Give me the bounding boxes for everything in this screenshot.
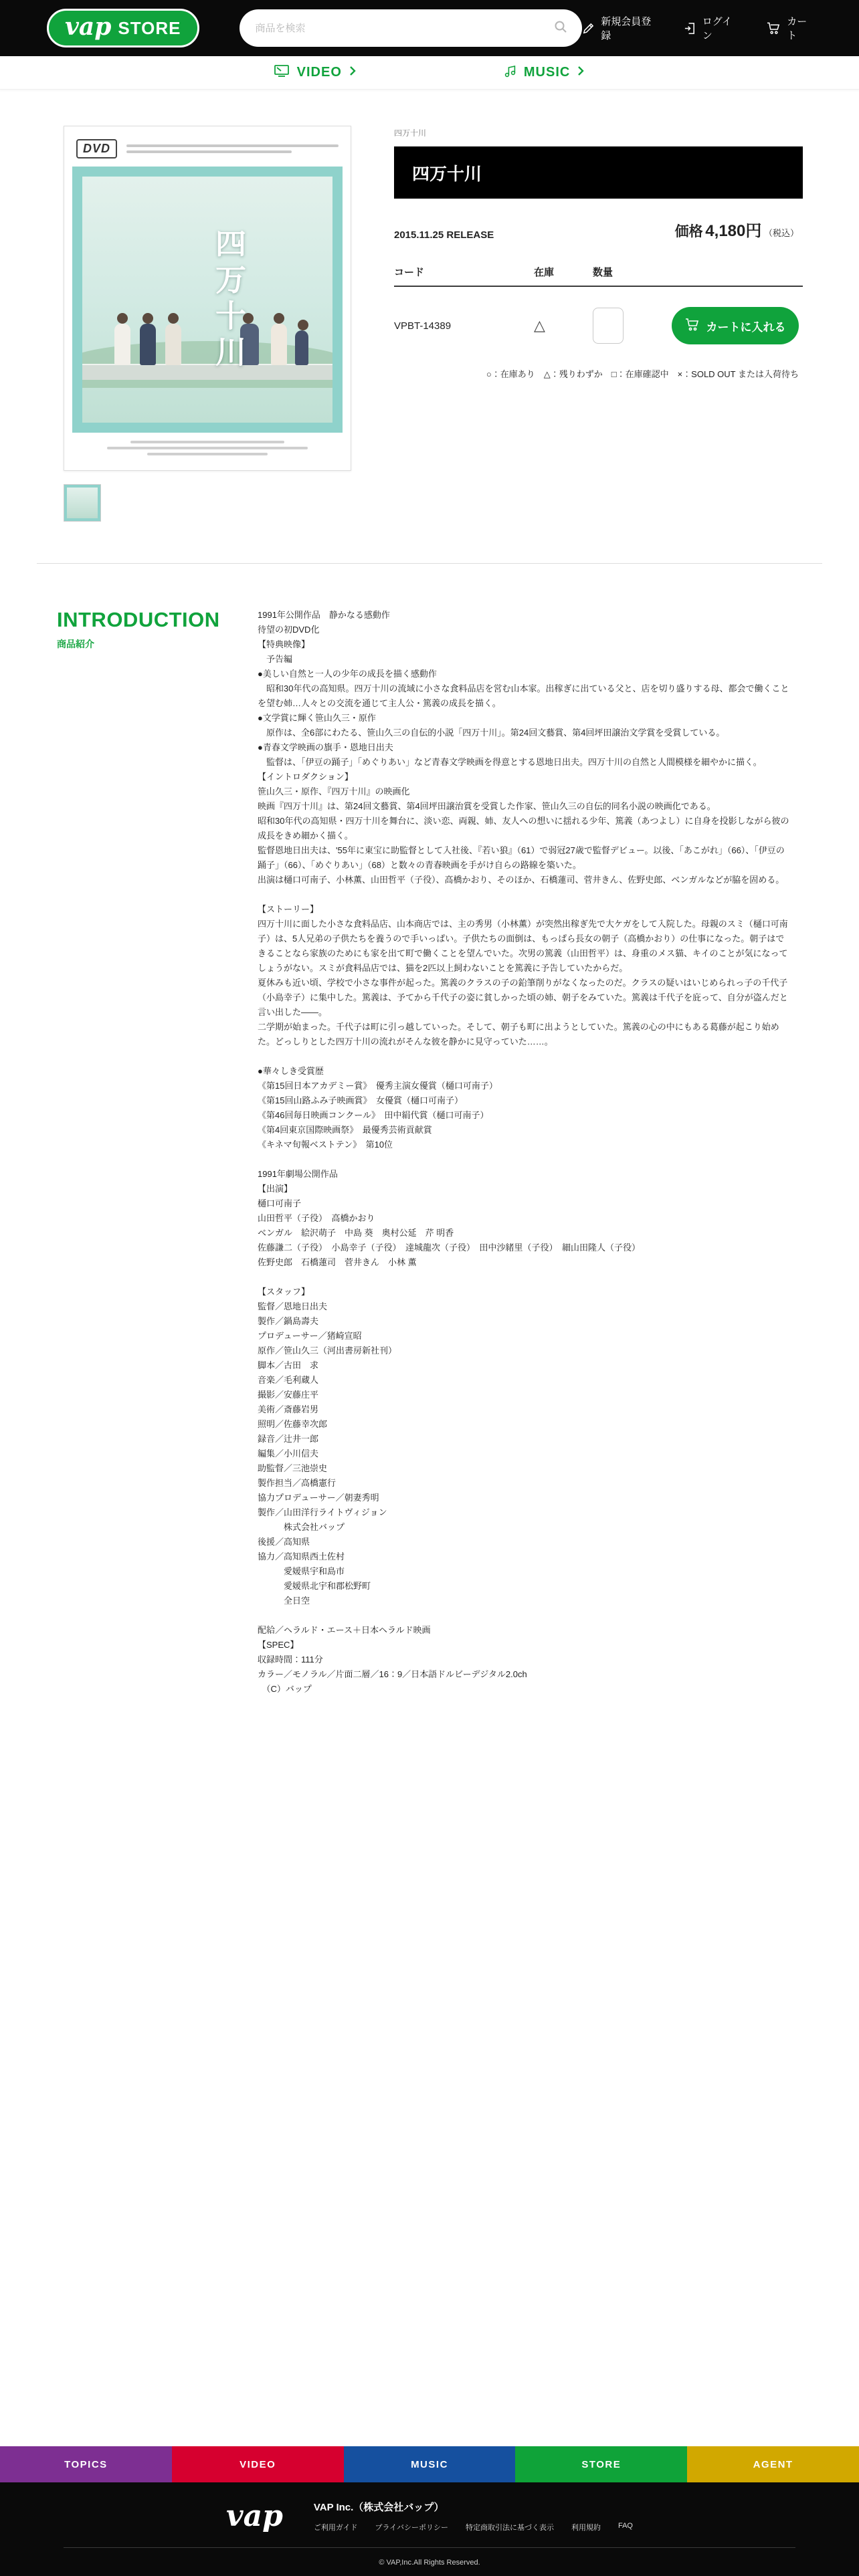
footer-nav-store[interactable]: STORE [515, 2446, 687, 2482]
vap-store-logo[interactable]: vap STORE [47, 9, 199, 47]
nav-video-label: VIDEO [297, 65, 342, 80]
cart-icon [685, 318, 700, 334]
product-code: VPBT-14389 [394, 320, 534, 332]
stock-status: △ [534, 317, 593, 334]
cover-credits-lines [126, 144, 339, 153]
cover-figure [165, 324, 181, 365]
page: vap STORE 新規会員登録 [0, 0, 859, 2576]
search-bar[interactable] [240, 9, 583, 47]
site-footer: vap VAP Inc.（株式会社バップ） ご利用ガイド プライバシーポリシー … [0, 2482, 859, 2576]
add-to-cart-button[interactable]: カートに入れる [672, 307, 799, 344]
footer-info: VAP Inc.（株式会社バップ） ご利用ガイド プライバシーポリシー 特定商取… [314, 2500, 633, 2533]
release-price-row: 2015.11.25 RELEASE 価格 4,180円 （税込） [394, 217, 803, 241]
introduction-label: INTRODUCTION 商品紹介 [57, 608, 258, 1697]
chevron-right-icon [349, 65, 357, 80]
company-name: VAP Inc.（株式会社バップ） [314, 2500, 633, 2514]
cover-figure [114, 324, 130, 365]
nav-music[interactable]: MUSIC [504, 64, 585, 82]
cover-photo: 四万十川 [72, 167, 343, 433]
cover-bottom-band [72, 433, 343, 463]
product-section: DVD 四万十川 [0, 90, 859, 522]
quantity-input[interactable] [593, 308, 624, 344]
purchase-table-row: VPBT-14389 △ カートに入れる [394, 287, 803, 354]
spacer [0, 1697, 859, 2446]
cover-title-vertical: 四万十川 [207, 227, 251, 372]
cart-label: カート [787, 14, 811, 42]
store-logo-text: STORE [118, 18, 181, 39]
nav-video[interactable]: VIDEO [274, 64, 357, 82]
col-stock: 在庫 [534, 265, 593, 279]
search-icon[interactable] [554, 20, 567, 37]
footer-nav-music[interactable]: MUSIC [344, 2446, 516, 2482]
introduction-section: INTRODUCTION 商品紹介 1991年公開作品 静かなる感動作 待望の初… [0, 564, 859, 1697]
cover-figure [140, 324, 156, 365]
vap-logo-text: vap [65, 15, 111, 39]
site-header: vap STORE 新規会員登録 [0, 0, 859, 56]
add-to-cart-label: カートに入れる [706, 318, 786, 334]
footer-link-faq[interactable]: FAQ [618, 2522, 633, 2533]
product-cover-image[interactable]: DVD 四万十川 [64, 126, 351, 471]
vap-footer-logo[interactable]: vap [226, 2502, 283, 2531]
footer-nav-video[interactable]: VIDEO [172, 2446, 344, 2482]
login-label: ログイン [702, 14, 735, 42]
search-input[interactable] [254, 22, 555, 35]
nav-music-label: MUSIC [524, 65, 570, 80]
price: 価格 4,180円 （税込） [675, 217, 799, 241]
register-link[interactable]: 新規会員登録 [582, 14, 651, 42]
product-description: 1991年公開作品 静かなる感動作 待望の初DVD化 【特典映像】 予告編 ●美… [258, 608, 793, 1697]
cover-figure [295, 330, 308, 365]
footer-link-terms[interactable]: 利用規約 [571, 2522, 601, 2533]
header-links: 新規会員登録 ログイン カート [582, 14, 811, 42]
cover-figure [271, 324, 287, 365]
category-nav: VIDEO MUSIC [0, 56, 859, 90]
footer-nav-agent[interactable]: AGENT [687, 2446, 859, 2482]
footer-link-tokushoho[interactable]: 特定商取引法に基づく表示 [466, 2522, 554, 2533]
release-date: 2015.11.25 RELEASE [394, 229, 494, 241]
footer-nav: TOPICS VIDEO MUSIC STORE AGENT [0, 2446, 859, 2482]
register-label: 新規会員登録 [601, 14, 651, 42]
cover-top-band: DVD [72, 133, 343, 167]
cart-link[interactable]: カート [767, 14, 811, 42]
price-label: 価格 [675, 224, 703, 239]
price-amount: 4,180円 [705, 222, 761, 240]
product-thumbnail[interactable] [64, 484, 101, 522]
col-code: コード [394, 265, 534, 279]
door-icon [684, 22, 696, 35]
chevron-right-icon [577, 65, 585, 80]
pencil-icon [582, 22, 595, 35]
stock-legend: ○：在庫あり △：残りわずか □：在庫確認中 ×：SOLD OUT または入荷待… [394, 367, 803, 380]
copyright: © VAP,Inc.All Rights Reserved. [0, 2548, 859, 2567]
purchase-table-header: コード 在庫 数量 [394, 265, 803, 287]
introduction-subheading: 商品紹介 [57, 637, 258, 651]
product-images: DVD 四万十川 [64, 126, 351, 522]
tv-icon [274, 64, 290, 82]
purchase-table: コード 在庫 数量 VPBT-14389 △ カ [394, 265, 803, 354]
breadcrumb[interactable]: 四万十川 [394, 127, 803, 138]
dvd-logo: DVD [76, 139, 117, 158]
music-note-icon [504, 64, 517, 82]
tax-note: （税込） [764, 228, 799, 238]
col-qty: 数量 [593, 265, 672, 279]
product-title: 四万十川 [394, 146, 803, 199]
footer-link-privacy[interactable]: プライバシーポリシー [375, 2522, 448, 2533]
footer-main: vap VAP Inc.（株式会社バップ） ご利用ガイド プライバシーポリシー … [0, 2500, 859, 2533]
cart-icon [767, 21, 781, 35]
product-info: 四万十川 四万十川 2015.11.25 RELEASE 価格 4,180円 （… [394, 126, 803, 522]
footer-nav-topics[interactable]: TOPICS [0, 2446, 172, 2482]
footer-links: ご利用ガイド プライバシーポリシー 特定商取引法に基づく表示 利用規約 FAQ [314, 2522, 633, 2533]
footer-link-guide[interactable]: ご利用ガイド [314, 2522, 358, 2533]
login-link[interactable]: ログイン [684, 14, 735, 42]
introduction-heading: INTRODUCTION [57, 608, 258, 632]
